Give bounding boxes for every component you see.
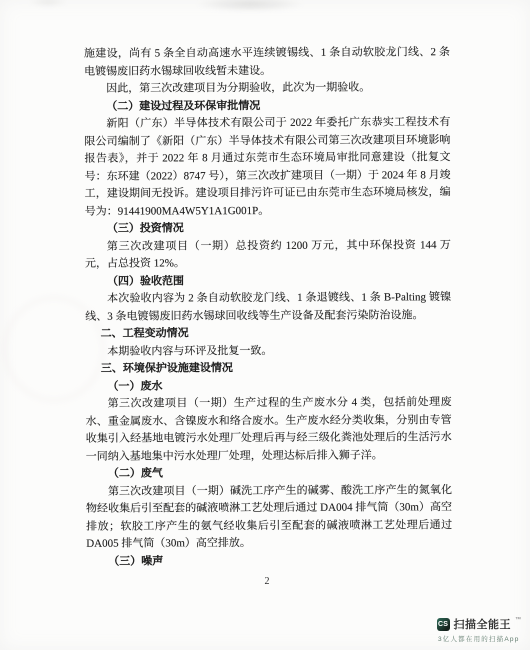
paragraph: 第三次改建项目（一期）碱洗工序产生的碱雾、酸洗工序产生的氮氧化物经收集后引至配套…	[86, 482, 452, 554]
section-heading: 二、工程变动情况	[85, 324, 451, 343]
watermark-row: CS 扫描全能王 ™	[437, 616, 522, 632]
paragraph: 新阳（广东）半导体技术有限公司于 2022 年委托广东恭实工程技术有限公司编制了…	[84, 114, 450, 221]
watermark-subtitle: 3亿人都在用的扫描App	[437, 634, 522, 643]
paragraph: 第三次改建项目（一期）生产过程的生产废水分 4 类，包括前处理废水、重金属废水、…	[86, 394, 452, 466]
section-heading: 三、环境保护设施建设情况	[85, 359, 451, 378]
scan-smudge-artifact	[195, 0, 305, 12]
section-heading: （三）噪声	[86, 552, 452, 571]
scan-smudge-artifact	[28, 0, 68, 7]
paragraph: 施建设，尚有 5 条全自动高速水平连续镀锡线、1 条自动软胶龙门线、2 条电镀锡…	[84, 44, 450, 81]
section-heading: （二）废气	[86, 464, 452, 483]
section-heading: （三）投资情况	[85, 219, 451, 238]
paragraph: 第三次改建项目（一期）总投资约 1200 万元，其中环保投资 144 万元，占总…	[85, 237, 451, 274]
document-body: 施建设，尚有 5 条全自动高速水平连续镀锡线、1 条自动软胶龙门线、2 条电镀锡…	[84, 44, 452, 571]
paragraph: 本次验收内容为 2 条自动软胶龙门线、1 条退镀线、1 条 B-Palting …	[85, 289, 451, 326]
watermark-title: 扫描全能王	[454, 616, 512, 632]
camscanner-watermark: CS 扫描全能王 ™ 3亿人都在用的扫描App	[437, 616, 522, 643]
paragraph: 因此，第三次改建项目为分期验收，此次为一期验收。	[84, 79, 450, 98]
section-heading: （二）建设过程及环保审批情况	[84, 97, 450, 116]
page-number: 2	[84, 576, 450, 587]
section-heading: （四）验收范围	[85, 272, 451, 291]
scanned-document-page: 施建设，尚有 5 条全自动高速水平连续镀锡线、1 条自动软胶龙门线、2 条电镀锡…	[0, 0, 530, 650]
camscanner-logo-icon: CS	[437, 618, 450, 631]
section-heading: （一）废水	[85, 377, 451, 396]
paragraph: 本期验收内容与环评及批复一致。	[85, 342, 451, 361]
trademark-symbol: ™	[515, 617, 521, 623]
